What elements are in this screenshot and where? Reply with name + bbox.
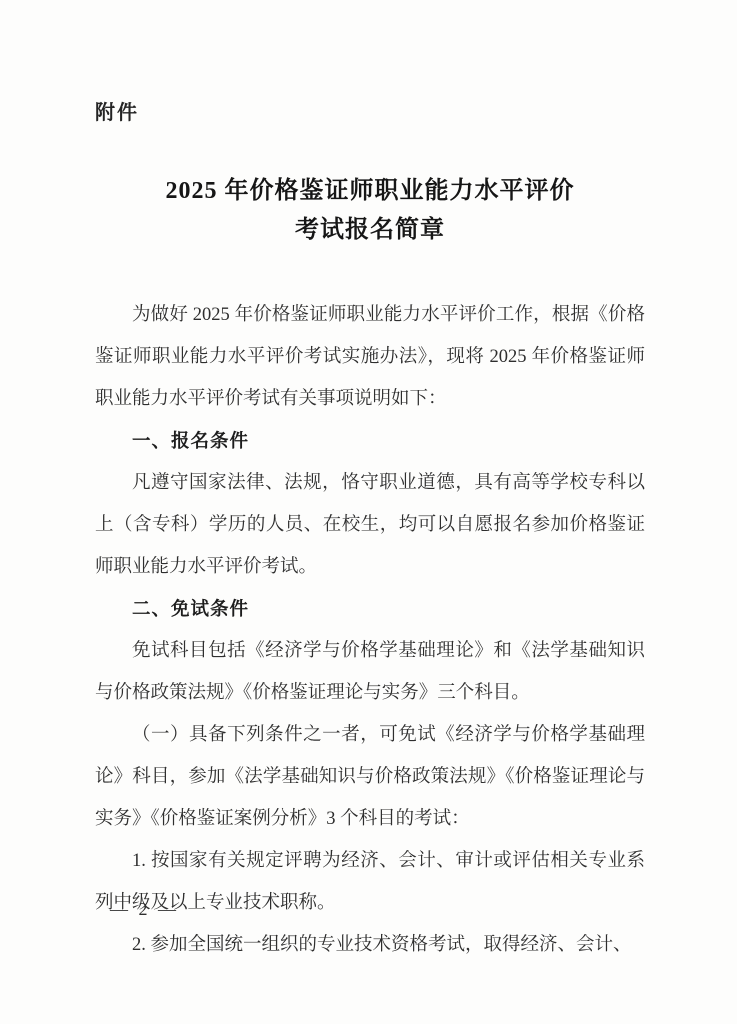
document-page: 附件 2025 年价格鉴证师职业能力水平评价 考试报名简章 为做好 2025 年… [0,0,737,1024]
section-heading-registration-conditions: 一、报名条件 [95,420,645,462]
document-title-line1: 2025 年价格鉴证师职业能力水平评价 [95,172,645,211]
section-heading-exemption-conditions: 二、免试条件 [95,588,645,630]
paragraph-exemption-subjects: 免试科目包括《经济学与价格学基础理论》和《法学基础知识与价格政策法规》《价格鉴证… [95,630,645,714]
paragraph-intro: 为做好 2025 年价格鉴证师职业能力水平评价工作，根据《价格鉴证师职业能力水平… [95,294,645,420]
document-title-line2: 考试报名简章 [95,211,645,250]
paragraph-registration-conditions: 凡遵守国家法律、法规，恪守职业道德，具有高等学校专科以上（含专科）学历的人员、在… [95,462,645,588]
paragraph-exemption-item-2: 2. 参加全国统一组织的专业技术资格考试，取得经济、会计、 [95,924,645,966]
paragraph-exemption-clause-1: （一）具备下列条件之一者，可免试《经济学与价格学基础理论》科目，参加《法学基础知… [95,714,645,840]
attachment-label: 附件 [95,100,645,126]
page-number: — 2 — [110,899,179,920]
document-body: 为做好 2025 年价格鉴证师职业能力水平评价工作，根据《价格鉴证师职业能力水平… [95,294,645,966]
document-title: 2025 年价格鉴证师职业能力水平评价 考试报名简章 [95,172,645,250]
